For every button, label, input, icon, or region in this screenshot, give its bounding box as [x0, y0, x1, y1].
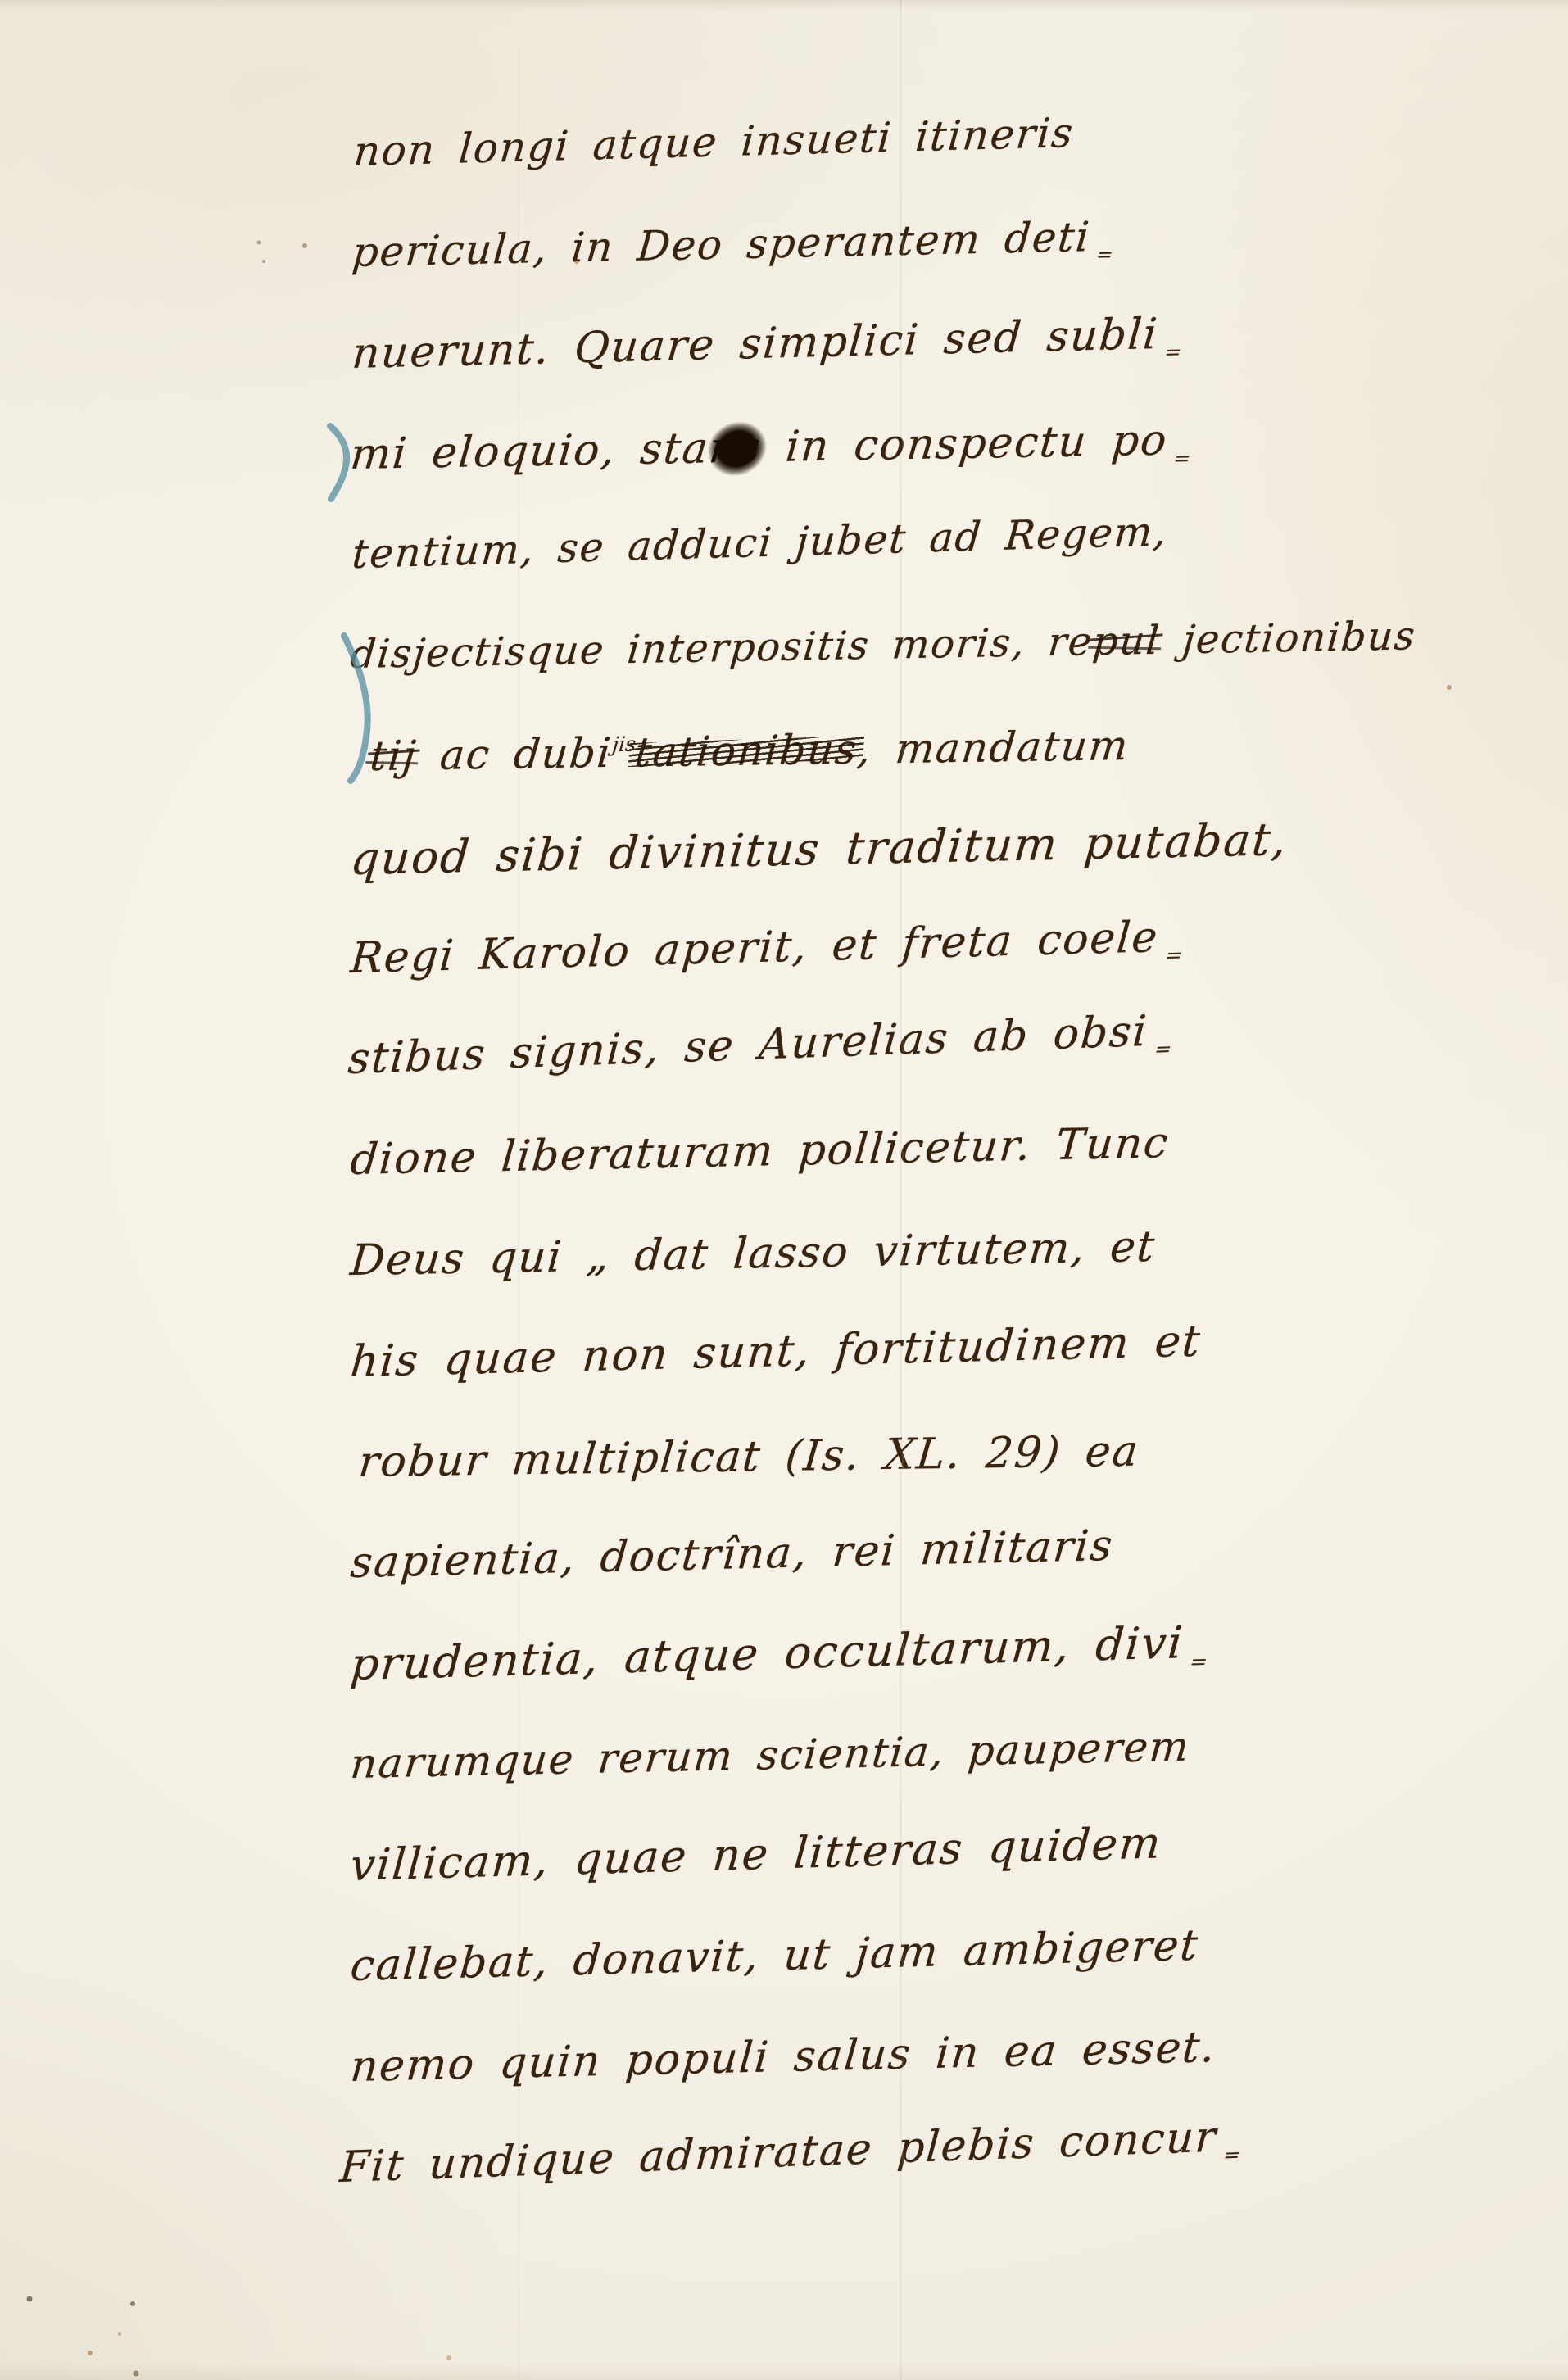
manuscript-page: { "document": { "kind": "handwritten-man… [0, 0, 1568, 2380]
handwritten-text: in conspectu po [759, 416, 1170, 473]
handwritten-text: callebat, donavit, ut jam ambigeret [349, 1921, 1201, 1991]
manuscript-line: villicam, quae ne litteras quidem [349, 1821, 1163, 1888]
scribbled-out-word: tationibus [633, 726, 860, 777]
manuscript-line: tentium, se adduci jubet ad Regem, [351, 511, 1169, 574]
manuscript-line: dione liberaturam pollicetur. Tunc [349, 1122, 1171, 1181]
manuscript-line: nemo quin populi salus in ea esset. [349, 2026, 1218, 2088]
manuscript-line: pericula, in Deo sperantem deti= [351, 215, 1116, 273]
continuation-hyphen: = [1162, 946, 1185, 967]
manuscript-line: Deus qui „ dat lasso virtutem, et [349, 1226, 1158, 1282]
handwritten-text: mi eloquio, sta [348, 424, 711, 479]
handwritten-text: quod sibi divinitus traditum putabat, [348, 813, 1289, 885]
handwritten-text: nuerunt. Quare simplici sed subli [351, 310, 1161, 379]
handwritten-text: Deus qui „ dat lasso virtutem, et [348, 1222, 1158, 1285]
manuscript-line: robur multiplicat (Is. XL. 29) ea [357, 1430, 1141, 1484]
handwritten-text: villicam, quae ne litteras quidem [349, 1818, 1164, 1891]
struck-out-word: pul [1091, 618, 1162, 665]
handwritten-text: Fit undique admiratae plebis concur [338, 2113, 1219, 2193]
manuscript-line: prudentia, atque occultarum, divi= [349, 1621, 1211, 1688]
handwritten-text: non longi atque insueti itineris [352, 109, 1076, 175]
manuscript-line: stibus signis, se Aurelias ab obsi= [347, 1009, 1174, 1081]
manuscript-line: mi eloquio, stans in conspectu po= [349, 419, 1194, 476]
handwritten-text: his quae non sunt, fortitudinem et [349, 1317, 1203, 1388]
manuscript-line: tij ac dubijistationibus, mandatum [369, 725, 1131, 777]
manuscript-line: sapientia, doctrîna, rei militaris [349, 1525, 1115, 1584]
continuation-hyphen: = [1152, 1040, 1174, 1060]
manuscript-line: Regi Karolo aperit, et freta coele= [349, 915, 1185, 980]
handwritten-text: , mandatum [855, 722, 1131, 773]
continuation-hyphen: = [1094, 246, 1116, 265]
handwritten-text: Regi Karolo aperit, et freta coele [349, 913, 1161, 983]
handwritten-text: tentium, se adduci jubet ad Regem, [351, 508, 1170, 578]
manuscript-line: his quae non sunt, fortitudinem et [349, 1320, 1203, 1384]
handwritten-text: narumque rerum scientia, pauperem [349, 1722, 1192, 1788]
handwritten-text: dione liberaturam pollicetur. Tunc [348, 1118, 1171, 1185]
continuation-hyphen: = [1187, 1652, 1210, 1673]
handwritten-text: disjectisque interpositis moris, re [349, 619, 1095, 678]
continuation-hyphen: = [1171, 449, 1194, 469]
ink-blot-correction: ns [707, 423, 764, 473]
continuation-hyphen: = [1221, 2146, 1243, 2166]
handwritten-text: nemo quin populi salus in ea esset. [349, 2023, 1218, 2092]
handwritten-text: jectionibus [1158, 613, 1418, 664]
manuscript-line: nuerunt. Quare simplici sed subli= [351, 312, 1185, 375]
manuscript-line: callebat, donavit, ut jam ambigeret [349, 1924, 1200, 1988]
handwritten-text: prudentia, atque occultarum, divi [349, 1616, 1186, 1690]
manuscript-line: non longi atque insueti itineris [352, 112, 1076, 172]
handwritten-text: pericula, in Deo sperantem deti [351, 213, 1093, 276]
handwritten-text: stibus signis, se Aurelias ab obsi [347, 1007, 1149, 1084]
struck-out-word: tij [368, 732, 419, 780]
manuscript-text-block: non longi atque insueti itinerispericula… [0, 0, 1568, 2380]
manuscript-line: narumque rerum scientia, pauperem [349, 1725, 1191, 1784]
continuation-hyphen: = [1162, 342, 1184, 363]
handwritten-text: ac dubi [415, 729, 614, 779]
manuscript-line: Fit undique admiratae plebis concur= [338, 2115, 1243, 2189]
manuscript-line: disjectisque interpositis moris, repul j… [349, 616, 1417, 674]
manuscript-line: quod sibi divinitus traditum putabat, [349, 817, 1289, 882]
handwritten-text: sapientia, doctrîna, rei militaris [349, 1521, 1116, 1588]
handwritten-text: robur multiplicat (Is. XL. 29) ea [356, 1427, 1141, 1487]
